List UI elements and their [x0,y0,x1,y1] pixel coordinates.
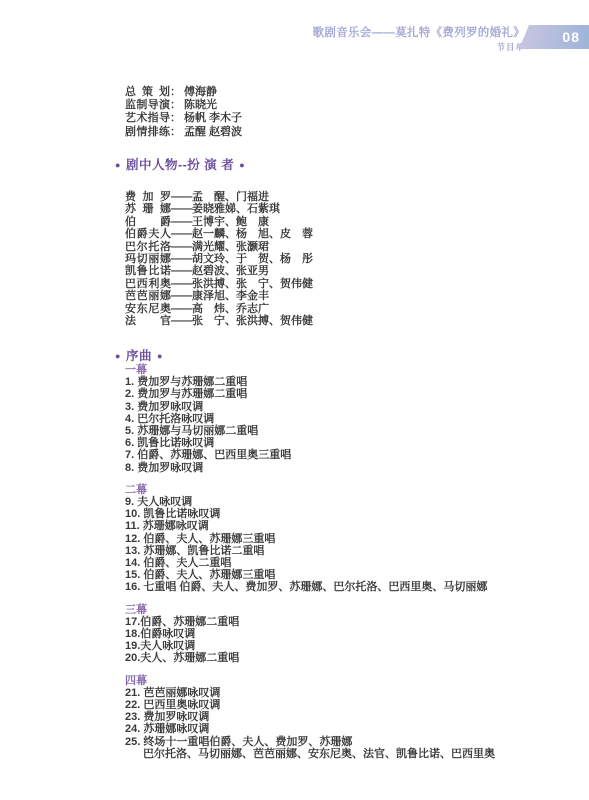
cast-role: 苏珊娜 [125,203,171,215]
program-item: 21. 芭芭丽娜咏叹调 [125,687,495,699]
cast-separator: —— [171,216,192,228]
cast-separator: —— [171,265,192,277]
program-item: 2. 费加罗与苏珊娜二重唱 [125,388,495,400]
cast-role: 法官 [125,315,171,327]
cast-performers: 康泽旭、李金丰 [192,290,269,302]
cast-performers: 姜晓雅娣、石紫琪 [192,203,280,215]
program-act: 四幕21. 芭芭丽娜咏叹调22. 巴西里奥咏叹调23. 费加罗咏叹调24. 苏珊… [125,675,495,760]
cast-separator: —— [171,191,192,203]
program-item: 7. 伯爵、苏珊娜、巴西里奥三重唱 [125,449,495,461]
cast-list: 费加罗——孟 醒、门福进苏珊娜——姜晓雅娣、石紫琪伯爵——王博宇、鲍 康伯爵夫人… [125,191,313,327]
credit-name: 杨帆 李木子 [184,112,242,124]
credit-label: 总策划 [125,86,170,99]
program-item: 10. 凯鲁比诺咏叹调 [125,508,495,520]
cast-separator: —— [171,290,192,302]
cast-separator: —— [171,228,192,240]
bullet-icon: ● [115,160,121,170]
cast-role: 安东尼奥 [125,303,171,315]
credits-block: 总策划：傅海静监制导演：陈晓光艺术指导：杨帆 李木子剧情排练：孟醒 赵碧波 [125,86,242,139]
program-page: 歌剧音乐会——莫扎特《费列罗的婚礼》 节目单 08 总策划：傅海静监制导演：陈晓… [0,0,589,800]
program-item: 18.伯爵咏叹调 [125,628,495,640]
cast-row: 巴西利奥——张洪搏、张 宁、贺伟健 [125,278,313,290]
credit-colon: ： [170,126,181,138]
program-item: 20.夫人、苏珊娜二重唱 [125,652,495,664]
credit-row: 剧情排练：孟醒 赵碧波 [125,126,242,139]
cast-separator: —— [171,278,192,290]
page-number: 08 [562,29,580,45]
program-item: 22. 巴西里奥咏叹调 [125,699,495,711]
page-subtitle: 节目单 [313,41,525,53]
cast-row: 巴尔托洛——满光耀、张灏珺 [125,241,313,253]
program-item: 6. 凯鲁比诺咏叹调 [125,437,495,449]
program-act: 一幕1. 费加罗与苏珊娜二重唱2. 费加罗与苏珊娜二重唱3. 费加罗咏叹调4. … [125,364,495,474]
program-item: 14. 伯爵、夫人二重唱 [125,557,495,569]
program-item: 23. 费加罗咏叹调 [125,711,495,723]
program-item: 16. 七重唱 伯爵、夫人、费加罗、苏珊娜、巴尔托洛、巴西里奥、马切丽娜 [125,581,495,593]
cast-role: 凯鲁比诺 [125,265,171,277]
credit-name: 傅海静 [184,86,217,98]
bullet-icon: ● [239,160,245,170]
program-item: 5. 苏珊娜与马切丽娜二重唱 [125,425,495,437]
cast-role: 伯爵 [125,216,171,228]
program-item: 24. 苏珊娜咏叹调 [125,723,495,735]
cast-role: 芭芭丽娜 [125,290,171,302]
cast-row: 伯爵——王博宇、鲍 康 [125,216,313,228]
cast-row: 芭芭丽娜——康泽旭、李金丰 [125,290,313,302]
cast-row: 安东尼奥——高 炜、乔志广 [125,303,313,315]
act-label: 二幕 [125,484,495,496]
credit-name: 陈晓光 [184,99,217,111]
cast-separator: —— [171,241,192,253]
cast-role: 巴尔托洛 [125,241,171,253]
cast-separator: —— [171,303,192,315]
program-item: 25. 终场十一重唱伯爵、夫人、费加罗、苏珊娜 [125,736,495,748]
program-act: 三幕17.伯爵、苏珊娜二重唱18.伯爵咏叹调19.夫人咏叹调20.夫人、苏珊娜二… [125,604,495,665]
act-label: 一幕 [125,364,495,376]
credit-label: 剧情排练 [125,126,170,139]
credit-name: 孟醒 赵碧波 [184,126,242,138]
cast-performers: 张洪搏、张 宁、贺伟健 [192,278,313,290]
cast-row: 玛切丽娜——胡文玲、于 贺、杨 彤 [125,253,313,265]
cast-separator: —— [171,315,192,327]
program-item: 9. 夫人咏叹调 [125,496,495,508]
program-item: 11. 苏珊娜咏叹调 [125,520,495,532]
cast-performers: 胡文玲、于 贺、杨 彤 [192,253,313,265]
credit-label: 监制导演 [125,99,170,112]
program-item-continuation: 巴尔托洛、马切丽娜、芭芭丽娜、安东尼奥、法官、凯鲁比诺、巴西里奥 [125,748,495,760]
section-heading-cast: ●剧中人物--扮 演 者● [110,155,250,173]
credit-label: 艺术指导 [125,112,170,125]
program-item: 1. 费加罗与苏珊娜二重唱 [125,376,495,388]
cast-row: 伯爵夫人——赵一麟、杨 旭、皮 蓉 [125,228,313,240]
cast-performers: 张 宁、张洪搏、贺伟健 [192,315,313,327]
cast-performers: 满光耀、张灏珺 [192,241,269,253]
act-label: 三幕 [125,604,495,616]
section-heading-overture: ●序曲● [110,346,168,364]
credit-row: 总策划：傅海静 [125,86,242,99]
cast-performers: 王博宇、鲍 康 [192,216,269,228]
cast-separator: —— [171,253,192,265]
cast-role: 巴西利奥 [125,278,171,290]
program-item: 3. 费加罗咏叹调 [125,401,495,413]
credit-row: 监制导演：陈晓光 [125,99,242,112]
program-list: 一幕1. 费加罗与苏珊娜二重唱2. 费加罗与苏珊娜二重唱3. 费加罗咏叹调4. … [125,364,495,770]
program-item: 15. 伯爵、夫人、苏珊娜三重唱 [125,569,495,581]
program-item: 13. 苏珊娜、凯鲁比诺二重唱 [125,545,495,557]
bullet-icon: ● [157,351,163,361]
overture-heading-label: 序曲 [126,349,152,363]
cast-row: 费加罗——孟 醒、门福进 [125,191,313,203]
credit-row: 艺术指导：杨帆 李木子 [125,112,242,125]
cast-heading-label: 剧中人物--扮 演 者 [126,158,234,172]
credit-colon: ： [170,86,181,98]
program-item: 19.夫人咏叹调 [125,640,495,652]
cast-performers: 赵碧波、张亚男 [192,265,269,277]
page-title: 歌剧音乐会——莫扎特《费列罗的婚礼》 [313,24,525,40]
credit-colon: ： [170,112,181,124]
cast-row: 苏珊娜——姜晓雅娣、石紫琪 [125,203,313,215]
cast-row: 法官——张 宁、张洪搏、贺伟健 [125,315,313,327]
bullet-icon: ● [115,351,121,361]
program-item: 17.伯爵、苏珊娜二重唱 [125,616,495,628]
credit-colon: ： [170,99,181,111]
cast-performers: 赵一麟、杨 旭、皮 蓉 [192,228,313,240]
cast-role: 玛切丽娜 [125,253,171,265]
act-label: 四幕 [125,675,495,687]
program-item: 4. 巴尔托洛咏叹调 [125,413,495,425]
cast-role: 伯爵夫人 [125,228,171,240]
cast-row: 凯鲁比诺——赵碧波、张亚男 [125,265,313,277]
program-act: 二幕9. 夫人咏叹调10. 凯鲁比诺咏叹调11. 苏珊娜咏叹调12. 伯爵、夫人… [125,484,495,594]
cast-performers: 高 炜、乔志广 [192,303,269,315]
program-item: 12. 伯爵、夫人、苏珊娜三重唱 [125,533,495,545]
cast-role: 费加罗 [125,191,171,203]
program-item: 8. 费加罗咏叹调 [125,462,495,474]
page-number-badge: 08 [519,25,589,49]
cast-performers: 孟 醒、门福进 [192,191,269,203]
page-header: 歌剧音乐会——莫扎特《费列罗的婚礼》 节目单 [313,24,525,53]
cast-separator: —— [171,203,192,215]
